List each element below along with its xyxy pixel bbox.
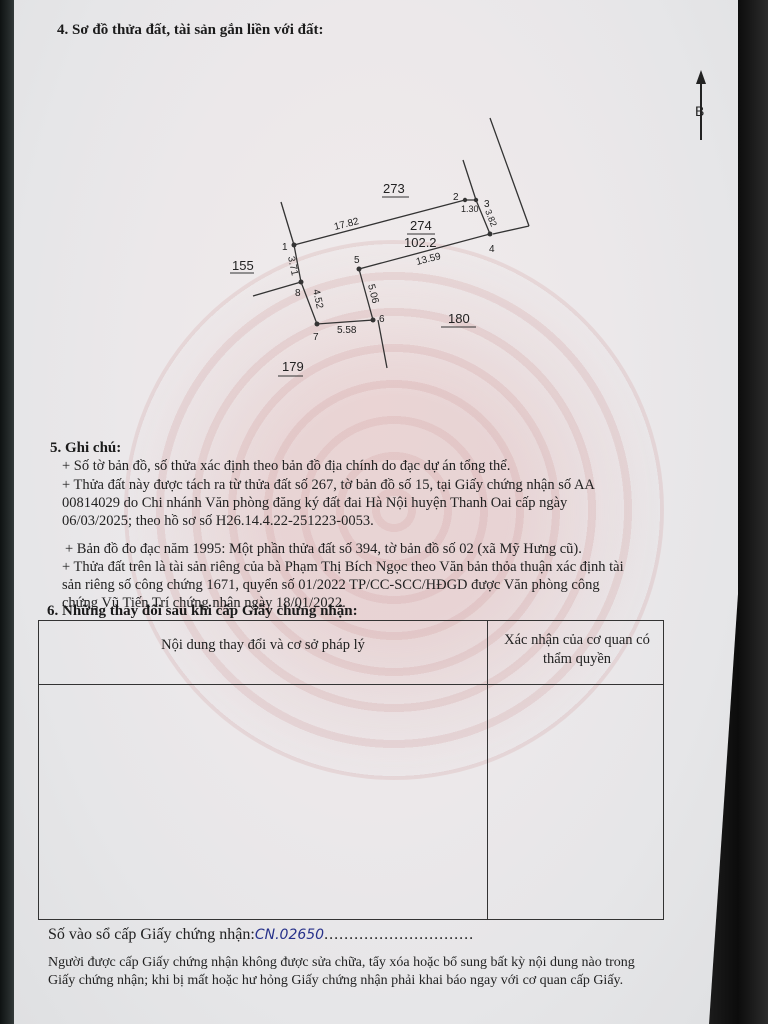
parcel-274-number: 274 bbox=[410, 218, 432, 233]
edge-8-1: 3.71 bbox=[285, 255, 300, 277]
note-line: + Bản đồ đo đạc năm 1995: Một phần thửa … bbox=[65, 541, 582, 558]
edge-4-5: 13.59 bbox=[415, 251, 442, 268]
north-label: B bbox=[695, 103, 704, 119]
point-2: 2 bbox=[453, 192, 459, 203]
section5-title: 5. Ghi chú: bbox=[50, 440, 121, 457]
edge-1-2: 17.82 bbox=[333, 216, 360, 233]
parcel-179: 179 bbox=[282, 359, 304, 374]
point-4: 4 bbox=[489, 244, 495, 255]
note-line: 00814029 do Chi nhánh Văn phòng đăng ký … bbox=[62, 495, 567, 512]
parcel-273: 273 bbox=[383, 181, 405, 196]
note-line: 06/03/2025; theo hồ sơ số H26.14.4.22-25… bbox=[62, 513, 374, 530]
note-line: + Thửa đất trên là tài sản riêng của bà … bbox=[62, 559, 624, 576]
edge-3-4: 3.82 bbox=[483, 208, 499, 228]
point-1: 1 bbox=[282, 242, 288, 253]
note-line: + Thửa đất này được tách ra từ thửa đất … bbox=[62, 477, 595, 494]
edge-6-7: 5.58 bbox=[337, 325, 357, 336]
point-5: 5 bbox=[354, 255, 360, 266]
parcel-155: 155 bbox=[232, 258, 254, 273]
registration-number: CN.02650 bbox=[255, 927, 324, 943]
parcel-180: 180 bbox=[448, 311, 470, 326]
footer-line: Giấy chứng nhận; khi bị mất hoặc hư hỏng… bbox=[48, 972, 635, 990]
point-7: 7 bbox=[313, 332, 319, 343]
point-8: 8 bbox=[295, 288, 301, 299]
parcel-274-area: 102.2 bbox=[404, 235, 437, 250]
header-authority-confirmation: Xác nhận của cơ quan có thẩm quyền bbox=[497, 631, 657, 669]
registration-dots: .............................. bbox=[324, 926, 474, 943]
footer-line: Người được cấp Giấy chứng nhận không đượ… bbox=[48, 954, 635, 972]
changes-table: Nội dung thay đổi và cơ sở pháp lý Xác n… bbox=[38, 620, 664, 920]
registration-line: Số vào sổ cấp Giấy chứng nhận:CN.02650..… bbox=[48, 926, 474, 944]
header-change-content: Nội dung thay đổi và cơ sở pháp lý bbox=[39, 637, 487, 654]
edge-7-8: 4.52 bbox=[310, 288, 325, 310]
registration-label: Số vào sổ cấp Giấy chứng nhận: bbox=[48, 926, 255, 943]
footer-notice: Người được cấp Giấy chứng nhận không đượ… bbox=[48, 954, 635, 990]
edge-2-3: 1.30 bbox=[461, 204, 479, 214]
note-line: sản riêng số công chứng 1671, quyển số 0… bbox=[62, 577, 600, 594]
section6-title: 6. Những thay đổi sau khi cấp Giấy chứng… bbox=[47, 603, 358, 620]
point-6: 6 bbox=[379, 314, 385, 325]
note-line: + Số tờ bản đồ, số thửa xác định theo bả… bbox=[62, 458, 510, 475]
table-column-divider bbox=[487, 621, 488, 919]
